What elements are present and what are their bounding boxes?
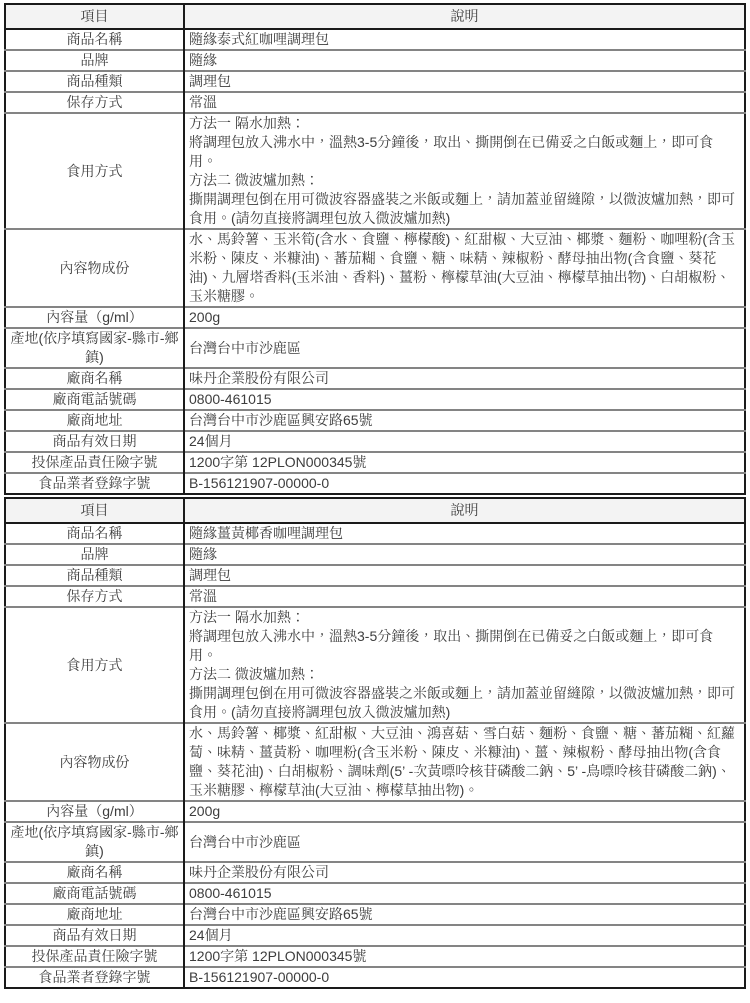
row-value-cell: 常溫	[184, 586, 745, 607]
row-label-cell: 品牌	[5, 544, 184, 565]
table-row: 商品種類 調理包	[5, 565, 745, 586]
column-header-description: 說明	[184, 498, 745, 523]
table-row: 投保產品責任險字號 1200字第 12PLON000345號	[5, 452, 745, 473]
row-label-cell: 廠商電話號碼	[5, 883, 184, 904]
row-value-cell: 隨緣	[184, 50, 745, 71]
row-label-cell: 廠商名稱	[5, 862, 184, 883]
row-value-cell: 24個月	[184, 431, 745, 452]
row-label-cell: 商品名稱	[5, 29, 184, 50]
row-value-cell: 水、馬鈴薯、椰漿、紅甜椒、大豆油、鴻喜菇、雪白菇、麵粉、食鹽、糖、蕃茄糊、紅蘿蔔…	[184, 723, 745, 801]
table-row: 商品有效日期 24個月	[5, 925, 745, 946]
row-value-cell: 台灣台中市沙鹿區興安路65號	[184, 904, 745, 925]
table-row: 投保產品責任險字號 1200字第 12PLON000345號	[5, 946, 745, 967]
table-row: 產地(依序填寫國家-縣市-鄉鎮) 台灣台中市沙鹿區	[5, 822, 745, 862]
row-value-cell: 方法一 隔水加熱： 將調理包放入沸水中，溫熱3-5分鐘後，取出、撕開倒在已備妥之…	[184, 607, 745, 723]
row-value-cell: 台灣台中市沙鹿區興安路65號	[184, 410, 745, 431]
row-value-cell: 隨緣泰式紅咖哩調理包	[184, 29, 745, 50]
table-row: 商品有效日期 24個月	[5, 431, 745, 452]
table-row: 廠商電話號碼 0800-461015	[5, 389, 745, 410]
table-row: 廠商電話號碼 0800-461015	[5, 883, 745, 904]
row-value-cell: 1200字第 12PLON000345號	[184, 946, 745, 967]
column-header-description: 說明	[184, 4, 745, 29]
row-label-cell: 商品名稱	[5, 523, 184, 544]
product-spec-table-2: 項目 說明 商品名稱 隨緣薑黃椰香咖哩調理包 品牌 隨緣 商品種類 調理包 保存…	[4, 497, 746, 989]
row-label-cell: 食用方式	[5, 607, 184, 723]
table-header: 項目 說明	[5, 498, 745, 523]
table-row: 廠商地址 台灣台中市沙鹿區興安路65號	[5, 904, 745, 925]
row-label-cell: 商品有效日期	[5, 431, 184, 452]
table-row: 食品業者登錄字號 B-156121907-00000-0	[5, 473, 745, 494]
row-label-cell: 內容物成份	[5, 229, 184, 307]
row-value-cell: 200g	[184, 307, 745, 328]
row-value-cell: B-156121907-00000-0	[184, 967, 745, 988]
row-label-cell: 保存方式	[5, 92, 184, 113]
row-label-cell: 食用方式	[5, 113, 184, 229]
row-label-cell: 產地(依序填寫國家-縣市-鄉鎮)	[5, 328, 184, 368]
row-label-cell: 商品有效日期	[5, 925, 184, 946]
product-spec-table-1: 項目 說明 商品名稱 隨緣泰式紅咖哩調理包 品牌 隨緣 商品種類 調理包 保存方…	[4, 3, 746, 495]
table-row: 內容物成份 水、馬鈴薯、椰漿、紅甜椒、大豆油、鴻喜菇、雪白菇、麵粉、食鹽、糖、蕃…	[5, 723, 745, 801]
row-label-cell: 品牌	[5, 50, 184, 71]
row-label-cell: 商品種類	[5, 565, 184, 586]
row-value-cell: 台灣台中市沙鹿區	[184, 328, 745, 368]
row-value-cell: 隨緣薑黃椰香咖哩調理包	[184, 523, 745, 544]
row-label-cell: 廠商電話號碼	[5, 389, 184, 410]
row-label-cell: 廠商地址	[5, 904, 184, 925]
table-row: 廠商名稱 味丹企業股份有限公司	[5, 368, 745, 389]
row-value-cell: 隨緣	[184, 544, 745, 565]
row-value-cell: 台灣台中市沙鹿區	[184, 822, 745, 862]
table-body: 商品名稱 隨緣泰式紅咖哩調理包 品牌 隨緣 商品種類 調理包 保存方式 常溫 食…	[5, 29, 745, 494]
row-value-cell: 味丹企業股份有限公司	[184, 862, 745, 883]
row-value-cell: 調理包	[184, 565, 745, 586]
row-label-cell: 產地(依序填寫國家-縣市-鄉鎮)	[5, 822, 184, 862]
row-label-cell: 廠商地址	[5, 410, 184, 431]
row-value-cell: 1200字第 12PLON000345號	[184, 452, 745, 473]
table-row: 食用方式 方法一 隔水加熱： 將調理包放入沸水中，溫熱3-5分鐘後，取出、撕開倒…	[5, 607, 745, 723]
table-row: 內容量（g/ml） 200g	[5, 307, 745, 328]
row-label-cell: 內容物成份	[5, 723, 184, 801]
row-label-cell: 食品業者登錄字號	[5, 967, 184, 988]
row-value-cell: 200g	[184, 801, 745, 822]
row-label-cell: 商品種類	[5, 71, 184, 92]
row-value-cell: 味丹企業股份有限公司	[184, 368, 745, 389]
table-header: 項目 說明	[5, 4, 745, 29]
row-value-cell: 常溫	[184, 92, 745, 113]
table-row: 品牌 隨緣	[5, 544, 745, 565]
table-row: 內容物成份 水、馬鈴薯、玉米筍(含水、食鹽、檸檬酸)、紅甜椒、大豆油、椰漿、麵粉…	[5, 229, 745, 307]
table-body: 商品名稱 隨緣薑黃椰香咖哩調理包 品牌 隨緣 商品種類 調理包 保存方式 常溫 …	[5, 523, 745, 988]
row-value-cell: 水、馬鈴薯、玉米筍(含水、食鹽、檸檬酸)、紅甜椒、大豆油、椰漿、麵粉、咖哩粉(含…	[184, 229, 745, 307]
row-label-cell: 投保產品責任險字號	[5, 452, 184, 473]
table-row: 內容量（g/ml） 200g	[5, 801, 745, 822]
row-value-cell: 方法一 隔水加熱： 將調理包放入沸水中，溫熱3-5分鐘後，取出、撕開倒在已備妥之…	[184, 113, 745, 229]
row-label-cell: 內容量（g/ml）	[5, 801, 184, 822]
row-value-cell: 調理包	[184, 71, 745, 92]
row-label-cell: 投保產品責任險字號	[5, 946, 184, 967]
row-label-cell: 食品業者登錄字號	[5, 473, 184, 494]
column-header-item: 項目	[5, 4, 184, 29]
table-row: 商品名稱 隨緣薑黃椰香咖哩調理包	[5, 523, 745, 544]
table-row: 商品種類 調理包	[5, 71, 745, 92]
table-row: 食品業者登錄字號 B-156121907-00000-0	[5, 967, 745, 988]
table-row: 廠商名稱 味丹企業股份有限公司	[5, 862, 745, 883]
product-spec-page: 項目 說明 商品名稱 隨緣泰式紅咖哩調理包 品牌 隨緣 商品種類 調理包 保存方…	[0, 0, 750, 989]
table-row: 廠商地址 台灣台中市沙鹿區興安路65號	[5, 410, 745, 431]
table-row: 食用方式 方法一 隔水加熱： 將調理包放入沸水中，溫熱3-5分鐘後，取出、撕開倒…	[5, 113, 745, 229]
table-row: 商品名稱 隨緣泰式紅咖哩調理包	[5, 29, 745, 50]
header-row: 項目 說明	[5, 4, 745, 29]
row-label-cell: 保存方式	[5, 586, 184, 607]
row-value-cell: 0800-461015	[184, 389, 745, 410]
table-row: 品牌 隨緣	[5, 50, 745, 71]
row-value-cell: B-156121907-00000-0	[184, 473, 745, 494]
table-row: 保存方式 常溫	[5, 586, 745, 607]
header-row: 項目 說明	[5, 498, 745, 523]
row-value-cell: 0800-461015	[184, 883, 745, 904]
column-header-item: 項目	[5, 498, 184, 523]
row-label-cell: 內容量（g/ml）	[5, 307, 184, 328]
row-label-cell: 廠商名稱	[5, 368, 184, 389]
row-value-cell: 24個月	[184, 925, 745, 946]
table-row: 保存方式 常溫	[5, 92, 745, 113]
table-row: 產地(依序填寫國家-縣市-鄉鎮) 台灣台中市沙鹿區	[5, 328, 745, 368]
